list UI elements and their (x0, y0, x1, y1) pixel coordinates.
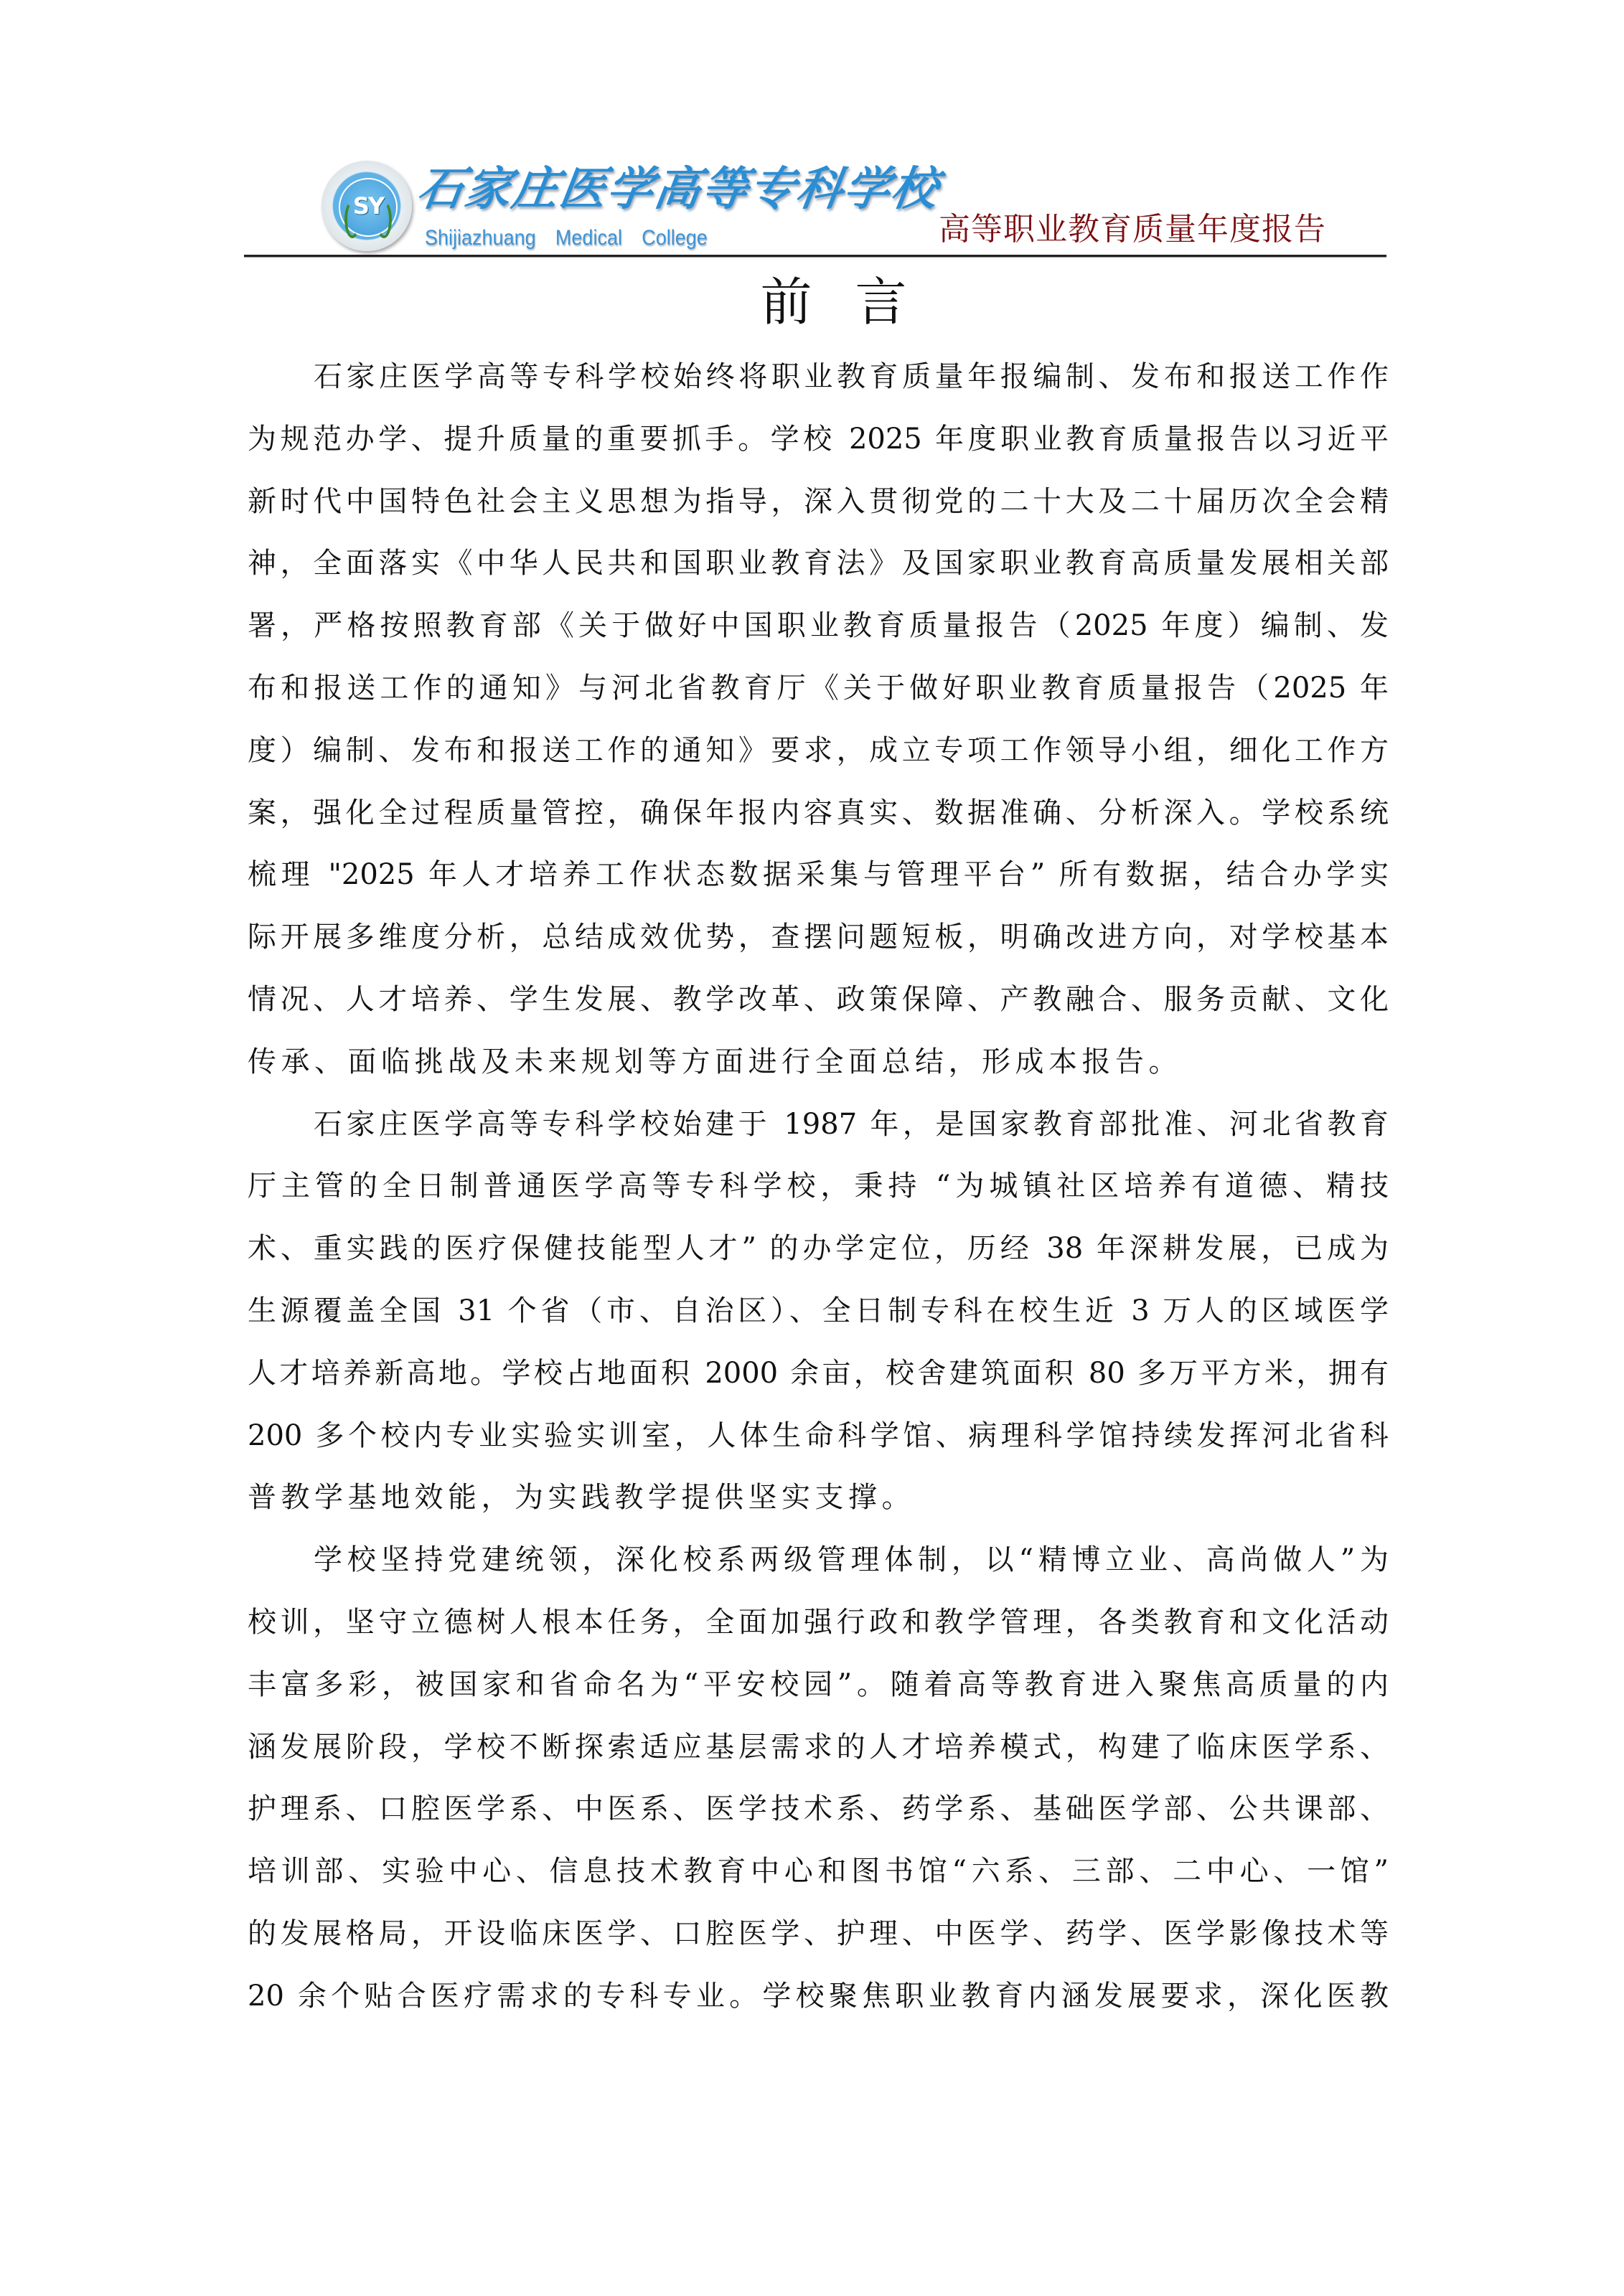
text-line: 涵发展阶段，学校不断探索适应基层需求的人才培养模式，构建了临床医学系、 (248, 1716, 1389, 1779)
text-line: 署，严格按照教育部《关于做好中国职业教育质量报告（2025 年度）编制、发 (248, 595, 1389, 657)
text-line: 术、重实践的医疗保健技能型人才” 的办学定位，历经 38 年深耕发展，已成为 (248, 1218, 1389, 1280)
header-divider-shadow (244, 257, 1386, 258)
text-line: 石家庄医学高等专科学校始建于 1987 年，是国家教育部批准、河北省教育 (248, 1093, 1389, 1156)
college-name-cn: 石家庄医学高等专科学校 (413, 161, 942, 218)
text-line: 厅主管的全日制普通医学高等专科学校，秉持 “为城镇社区培养有道德、精技 (248, 1155, 1389, 1218)
text-line: 校训，坚守立德树人根本任务，全面加强行政和教学管理，各类教育和文化活动 (248, 1591, 1389, 1654)
text-line: 度）编制、发布和报送工作的通知》要求，成立专项工作领导小组，细化工作方 (248, 720, 1389, 782)
text-line: 布和报送工作的通知》与河北省教育厅《关于做好职业教育质量报告（2025 年 (248, 657, 1389, 720)
college-name-en: Shijiazhuang Medical College (425, 225, 708, 251)
text-line: 学校坚持党建统领，深化校系两级管理体制，以“精博立业、高尚做人”为 (248, 1529, 1389, 1591)
text-line: 普教学基地效能，为实践教学提供坚实支撑。 (248, 1467, 1389, 1529)
text-line: 梳理 "2025 年人才培养工作状态数据采集与管理平台” 所有数据，结合办学实 (248, 844, 1389, 906)
document-page: SY 石家庄医学高等专科学校 Shijiazhuang Medical Coll… (0, 0, 1624, 2296)
text-line: 为规范办学、提升质量的重要抓手。学校 2025 年度职业教育质量报告以习近平 (248, 408, 1389, 471)
text-line: 情况、人才培养、学生发展、教学改革、政策保障、产教融合、服务贡献、文化 (248, 969, 1389, 1031)
text-line: 人才培养新高地。学校占地面积 2000 余亩，校舍建筑面积 80 多万平方米，拥… (248, 1342, 1389, 1405)
seal-globe-icon: SY (339, 178, 398, 237)
report-title: 高等职业教育质量年度报告 (939, 208, 1326, 251)
section-title: 前言 (0, 270, 1624, 334)
text-line: 丰富多彩，被国家和省命名为“平安校园”。随着高等教育进入聚焦高质量的内 (248, 1654, 1389, 1716)
text-line: 神，全面落实《中华人民共和国职业教育法》及国家职业教育高质量发展相关部 (248, 532, 1389, 595)
college-seal-icon: SY (321, 161, 412, 251)
text-line: 生源覆盖全国 31 个省（市、自治区）、全日制专科在校生近 3 万人的区域医学 (248, 1280, 1389, 1342)
text-line: 案，强化全过程质量管控，确保年报内容真实、数据准确、分析深入。学校系统 (248, 782, 1389, 844)
seal-monogram: SY (340, 192, 396, 220)
text-line: 20 余个贴合医疗需求的专科专业。学校聚焦职业教育内涵发展要求，深化医教 (248, 1965, 1389, 2028)
body-text: 石家庄医学高等专科学校始终将职业教育质量年报编制、发布和报送工作作 为规范办学、… (248, 346, 1389, 2028)
paragraph-2: 石家庄医学高等专科学校始建于 1987 年，是国家教育部批准、河北省教育 厅主管… (248, 1093, 1389, 1530)
text-line: 200 多个校内专业实验实训室，人体生命科学馆、病理科学馆持续发挥河北省科 (248, 1405, 1389, 1467)
text-line: 护理系、口腔医学系、中医系、医学技术系、药学系、基础医学部、公共课部、 (248, 1778, 1389, 1840)
text-line: 传承、面临挑战及未来规划等方面进行全面总结，形成本报告。 (248, 1031, 1389, 1093)
college-logo: SY 石家庄医学高等专科学校 Shijiazhuang Medical Coll… (316, 129, 761, 258)
paragraph-3: 学校坚持党建统领，深化校系两级管理体制，以“精博立业、高尚做人”为 校训，坚守立… (248, 1529, 1389, 2027)
page-header: SY 石家庄医学高等专科学校 Shijiazhuang Medical Coll… (244, 108, 1386, 258)
paragraph-1: 石家庄医学高等专科学校始终将职业教育质量年报编制、发布和报送工作作 为规范办学、… (248, 346, 1389, 1093)
text-line: 新时代中国特色社会主义思想为指导，深入贯彻党的二十大及二十届历次全会精 (248, 471, 1389, 533)
text-line: 培训部、实验中心、信息技术教育中心和图书馆“六系、三部、二中心、一馆” (248, 1840, 1389, 1903)
text-line: 际开展多维度分析，总结成效优势，查摆问题短板，明确改进方向，对学校基本 (248, 906, 1389, 969)
text-line: 石家庄医学高等专科学校始终将职业教育质量年报编制、发布和报送工作作 (248, 346, 1389, 408)
text-line: 的发展格局，开设临床医学、口腔医学、护理、中医学、药学、医学影像技术等 (248, 1903, 1389, 1965)
